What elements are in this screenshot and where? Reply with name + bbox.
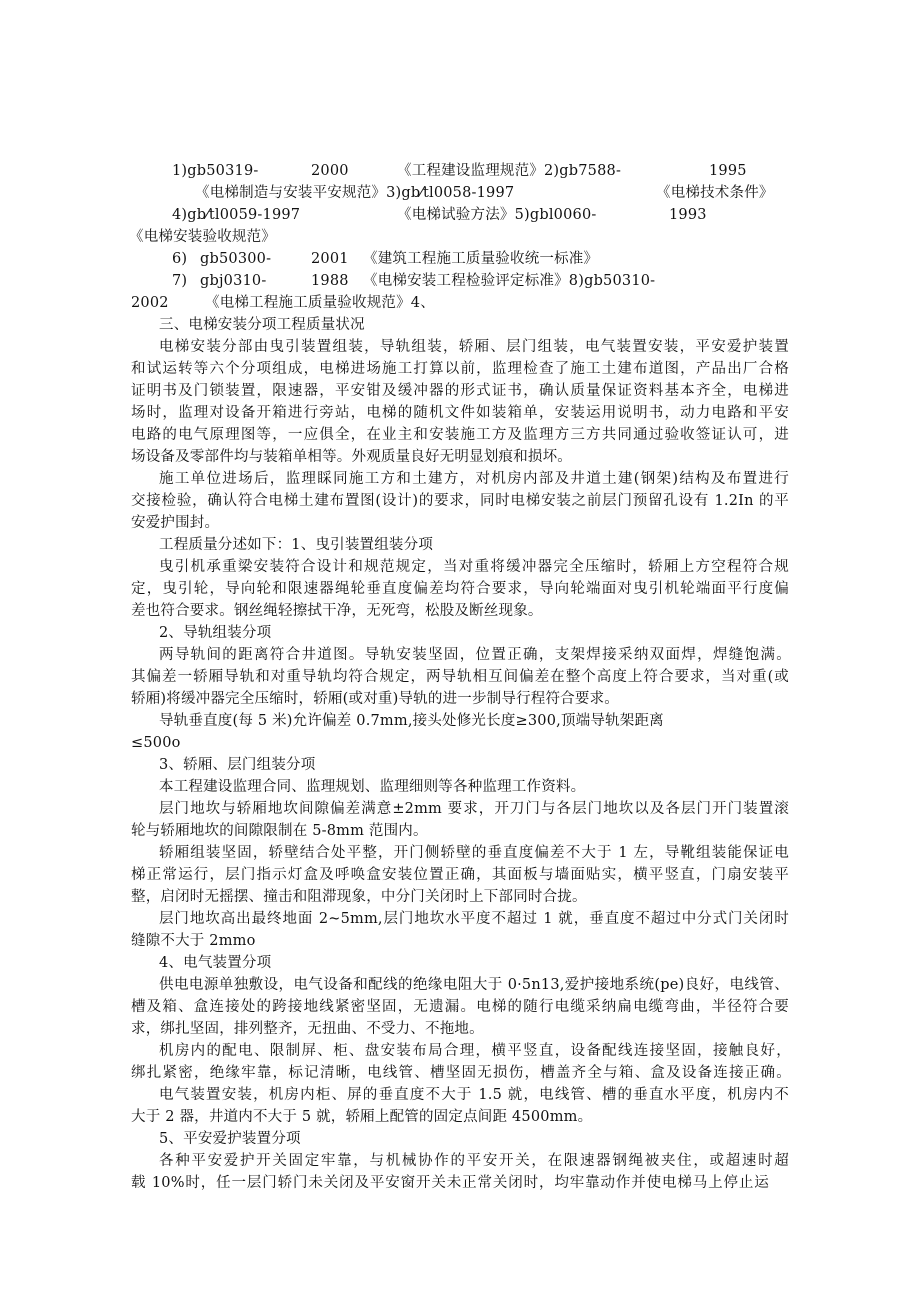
ref-5-year: 1993	[669, 204, 707, 226]
ref-7-title: 《电梯安装工程检验评定标准》8)gb50310-	[363, 270, 655, 292]
subsection-5-title: 5、平安爱护装置分项	[159, 1128, 301, 1150]
paragraph-line: 层门地坎与轿厢地坎间隙偏差满意±2mm 要求，开刀门与各层门地坎以及各层门开门装…	[159, 798, 789, 820]
paragraph-line: 安爱护围封。	[131, 512, 219, 534]
paragraph-line: 轿厢组装坚固，轿壁结合处平整，开门侧轿壁的垂直度偏差不大于 1 左，导靴组装能保…	[159, 842, 789, 864]
ref-8-year: 2002	[131, 292, 169, 314]
paragraph-line: 供电电源单独敷设，电气设备和配线的绝缘电阻大于 0·5n13,爱护接地系统(pe…	[159, 974, 789, 996]
paragraph-line: 场时，监理对设备开箱进行旁站，电梯的随机文件如装箱单，安装运用说明书，动力电路和…	[131, 402, 789, 424]
ref-6-num: 6)	[172, 248, 187, 270]
ref-1-title: 《工程建设监理规范》2)gb7588-	[397, 160, 621, 182]
ref-7-year: 1988	[311, 270, 349, 292]
ref-3-title: 《电梯技术条件》	[656, 182, 774, 204]
ref-2-title: 《电梯制造与安装平安规范》3)gb⁄tl0058-1997	[195, 182, 514, 204]
paragraph-line: 层门地坎高出最终地面 2~5mm,层门地坎水平度不超过 1 就，垂直度不超过中分…	[159, 908, 789, 930]
paragraph-line: 梯正常运行，层门指示灯盒及呼唤盒安装位置正确，其面板与墙面贴实，横平竖直，门扇安…	[131, 864, 789, 886]
paragraph-line: 整，启闭时无摇摆、撞击和阻滞现象，中分门关闭时上下部同时合拢。	[131, 886, 587, 908]
paragraph-line: 电梯安装分部由曳引装置组装，导轨组装，轿厢、层门组装，电气装置安装，平安爱护装置	[159, 336, 789, 358]
ref-6-title: 《建筑工程施工质量验收统一标准》	[363, 248, 598, 270]
section-3-title: 三、电梯安装分项工程质量状况	[159, 314, 365, 336]
paragraph-line: 导轨垂直度(每 5 米)允许偏差 0.7mm,接头处修光长度≥300,顶端导轨架…	[159, 710, 664, 732]
paragraph-line: 求，绑扎坚固，排列整齐，无扭曲、不受力、不拖地。	[131, 1018, 484, 1040]
ref-8-title: 《电梯工程施工质量验收规范》4、	[205, 292, 435, 314]
paragraph-line: 槽及箱、盒连接处的跨接地线紧密坚固，无遗漏。电梯的随行电缆采纳扁电缆弯曲，半径符…	[131, 996, 789, 1018]
ref-6-code: gb50300-	[200, 248, 271, 270]
paragraph-line: 和试运转等六个分项组成，电梯进场施工打算以前，监理检查了施工土建布道图，产品出厂…	[131, 358, 789, 380]
paragraph-line: 绑扎紧密，绝缘牢靠，标记清晰，电线管、槽坚固无损伤，槽盖齐全与箱、盒及设备连接正…	[131, 1062, 791, 1084]
ref-7-num: 7)	[172, 270, 187, 292]
ref-6-year: 2001	[311, 248, 349, 270]
ref-1-code: 1)gb50319-	[172, 160, 258, 182]
subsection-2-title: 2、导轨组装分项	[159, 622, 271, 644]
paragraph-line: 交接检验，确认符合电梯土建布置图(设计)的要求，同时电梯安装之前层门预留孔设有 …	[131, 490, 789, 512]
paragraph-line: 各种平安爱护开关固定牢靠，与机械协作的平安开关，在限速器钢绳被夹住，或超速时超	[159, 1150, 789, 1172]
reference-line-3: 4)gb⁄tl0059-1997 《电梯试验方法》5)gbl0060- 1993	[0, 204, 920, 226]
paragraph-line: 大于 2 器，井道内不大于 5 就，轿厢上配管的固定点间距 4500mm。	[131, 1106, 592, 1128]
paragraph-line: 两导轨间的距离符合井道图。导轨安装坚固，位置正确，支架焊接采纳双面焊，焊缝饱满。	[159, 644, 791, 666]
paragraph-line: ≤500o	[131, 732, 181, 754]
reference-line-1: 1)gb50319- 2000 《工程建设监理规范》2)gb7588- 1995	[0, 160, 920, 182]
paragraph-line: 差也符合要求。钢丝绳轻擦拭干净，无死弯，松股及断丝现象。	[131, 600, 543, 622]
paragraph-line: 施工单位进场后，监理睬同施工方和土建方，对机房内部及井道土建(钢架)结构及布置进…	[159, 468, 789, 490]
reference-line-4: 《电梯安装验收规范》	[0, 226, 920, 248]
subsection-1-title: 工程质量分述如下：1、曳引装置组装分项	[159, 534, 433, 556]
paragraph-line: 电路的电气原理图等，一应俱全，在业主和安装施工方及监理方三方共同通过验收签证认可…	[131, 424, 789, 446]
reference-line-6: 7) gbj0310- 1988 《电梯安装工程检验评定标准》8)gb50310…	[0, 270, 920, 292]
paragraph-line: 机房内的配电、限制屏、柜、盘安装布局合理，横平竖直，设备配线连接坚固，接触良好，	[159, 1040, 791, 1062]
ref-2-year: 1995	[709, 160, 747, 182]
ref-5-title: 《电梯安装验收规范》	[129, 226, 276, 248]
ref-4-code: 4)gb⁄tl0059-1997	[172, 204, 300, 226]
paragraph-line: 缝隙不大于 2mmo	[131, 930, 256, 952]
paragraph-line: 定，曳引轮，导向轮和限速器绳轮垂直度偏差均符合要求，导向轮端面对曳引机轮端面平行…	[131, 578, 789, 600]
ref-4-title: 《电梯试验方法》5)gbl0060-	[397, 204, 596, 226]
paragraph-line: 电气装置安装，机房内柜、屏的垂直度不大于 1.5 就，电线管、槽的垂直水平度，机…	[159, 1084, 789, 1106]
paragraph-line: 场设备及零部件均与装箱单相等。外观质量良好无明显划痕和损坏。	[131, 446, 572, 468]
paragraph-line: 证明书及门锁装置，限速器，平安钳及缓冲器的形式证书，确认质量保证资料基本齐全，电…	[131, 380, 789, 402]
subsection-3-title: 3、轿厢、层门组装分项	[159, 754, 315, 776]
subsection-4-title: 4、电气装置分项	[159, 952, 271, 974]
reference-line-2: 《电梯制造与安装平安规范》3)gb⁄tl0058-1997 《电梯技术条件》	[0, 182, 920, 204]
ref-7-code: gbj0310-	[200, 270, 266, 292]
paragraph-line: 轮与轿厢地坎的间隙限制在 5-8mm 范围内。	[131, 820, 428, 842]
ref-1-year: 2000	[311, 160, 349, 182]
reference-line-7: 2002 《电梯工程施工质量验收规范》4、	[0, 292, 920, 314]
reference-line-5: 6) gb50300- 2001 《建筑工程施工质量验收统一标准》	[0, 248, 920, 270]
paragraph-line: 其偏差一轿厢导轨和对重导轨均符合规定，两导轨相互间偏差在整个高度上符合要求，当对…	[131, 666, 789, 688]
paragraph-line: 曳引机承重梁安装符合设计和规范规定，当对重将缓冲器完全压缩时，轿厢上方空程符合规	[159, 556, 789, 578]
paragraph-line: 本工程建设监理合同、监理规划、监理细则等各种监理工作资料。	[159, 776, 585, 798]
paragraph-line: 载 10%时，任一层门轿门未关闭及平安窗开关未正常关闭时，均牢靠动作并使电梯马上…	[131, 1172, 769, 1194]
paragraph-line: 轿厢)将缓冲器完全压缩时，轿厢(或对重)导轨的进一步制导行程符合要求。	[131, 688, 619, 710]
document-page: 1)gb50319- 2000 《工程建设监理规范》2)gb7588- 1995…	[0, 0, 920, 1301]
